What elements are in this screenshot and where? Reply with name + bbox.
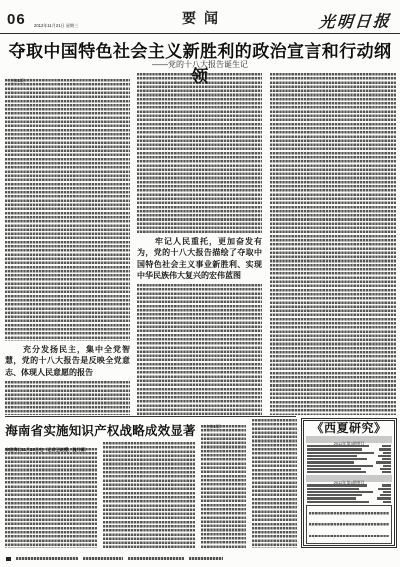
hainan-article-column-1: 本报海口11月20日电（记者王晓樱、魏月蘅）: [5, 442, 97, 548]
journal-subscription-note: [306, 505, 392, 544]
journal-title: 《西夏研究》: [306, 422, 392, 435]
journal-item-row: [307, 494, 391, 496]
masthead-logo: 光明日报: [318, 8, 392, 32]
body-text-block: [270, 73, 396, 415]
hainan-article-headline: 海南省实施知识产权战略成效显著: [5, 421, 196, 439]
note-text-line: [309, 523, 389, 525]
main-article-column-1: （上接1版） 充分发扬民主，集中全党智慧，党的十八大报告是反映全党意志、体现人民…: [5, 73, 130, 415]
journal-item-row: [307, 445, 391, 447]
journal-issue4-toc: [306, 483, 392, 503]
note-text-line: [309, 512, 389, 514]
journal-item-row: [307, 491, 391, 493]
journal-item-row: [307, 497, 391, 499]
journal-ad-box: 《西夏研究》 2012年第3期要目 2012年第4期要目: [301, 418, 397, 548]
hainan-article-column-2: [103, 442, 195, 548]
footer-marker: [6, 557, 11, 561]
main-article-column-2: 牢记人民重托，更加奋发有为，党的十八大报告描绘了夺取中国特色社会主义事业新胜利、…: [137, 73, 262, 415]
journal-item-row: [307, 471, 391, 473]
journal-item-row: [307, 461, 391, 463]
journal-issue3-header: 2012年第3期要目: [306, 436, 392, 443]
journal-issue3-toc: [306, 444, 392, 474]
header-rule: [0, 33, 400, 34]
note-text-line: [309, 535, 389, 537]
subhead-blueprint: 牢记人民重托，更加奋发有为，党的十八大报告描绘了夺取中国特色社会主义事业新胜利、…: [137, 236, 262, 281]
footer-text-segment: [128, 557, 184, 560]
main-article-column-3: [270, 73, 396, 415]
footer-text-segment: [16, 557, 78, 560]
section-divider-rule: [5, 416, 296, 417]
subhead-democracy: 充分发扬民主，集中全党智慧，党的十八大报告是反映全党意志、体现人民意愿的报告: [5, 344, 130, 378]
body-text-block: [137, 284, 262, 415]
footer-text-segment: [83, 557, 123, 560]
body-text-block: [5, 381, 130, 415]
journal-item-row: [307, 465, 391, 467]
journal-item-row: [307, 501, 391, 503]
journal-item-row: [307, 458, 391, 460]
journal-item-row: [307, 484, 391, 486]
body-text-block: [103, 442, 195, 548]
body-text-block: [5, 79, 130, 341]
journal-item-row: [307, 452, 391, 454]
continuation-column-1: （上接1版）: [201, 419, 246, 548]
footer-text-segment: [189, 557, 223, 560]
journal-item-row: [307, 455, 391, 457]
journal-item-row: [307, 468, 391, 470]
body-text-block: [201, 425, 246, 548]
body-text-block: [137, 73, 262, 233]
newspaper-page: 06 2012年11月21日 星期三 要闻 光明日报 夺取中国特色社会主义新胜利…: [0, 0, 400, 567]
main-subtitle: ——党的十八大报告诞生记: [0, 59, 400, 70]
continuation-column-2: [252, 419, 297, 548]
journal-item-row: [307, 448, 391, 450]
body-text-block: [5, 448, 97, 548]
footer-imprint: [6, 556, 394, 561]
journal-item-row: [307, 488, 391, 490]
journal-issue4-header: 2012年第4期要目: [306, 475, 392, 482]
body-text-block: [252, 419, 297, 548]
